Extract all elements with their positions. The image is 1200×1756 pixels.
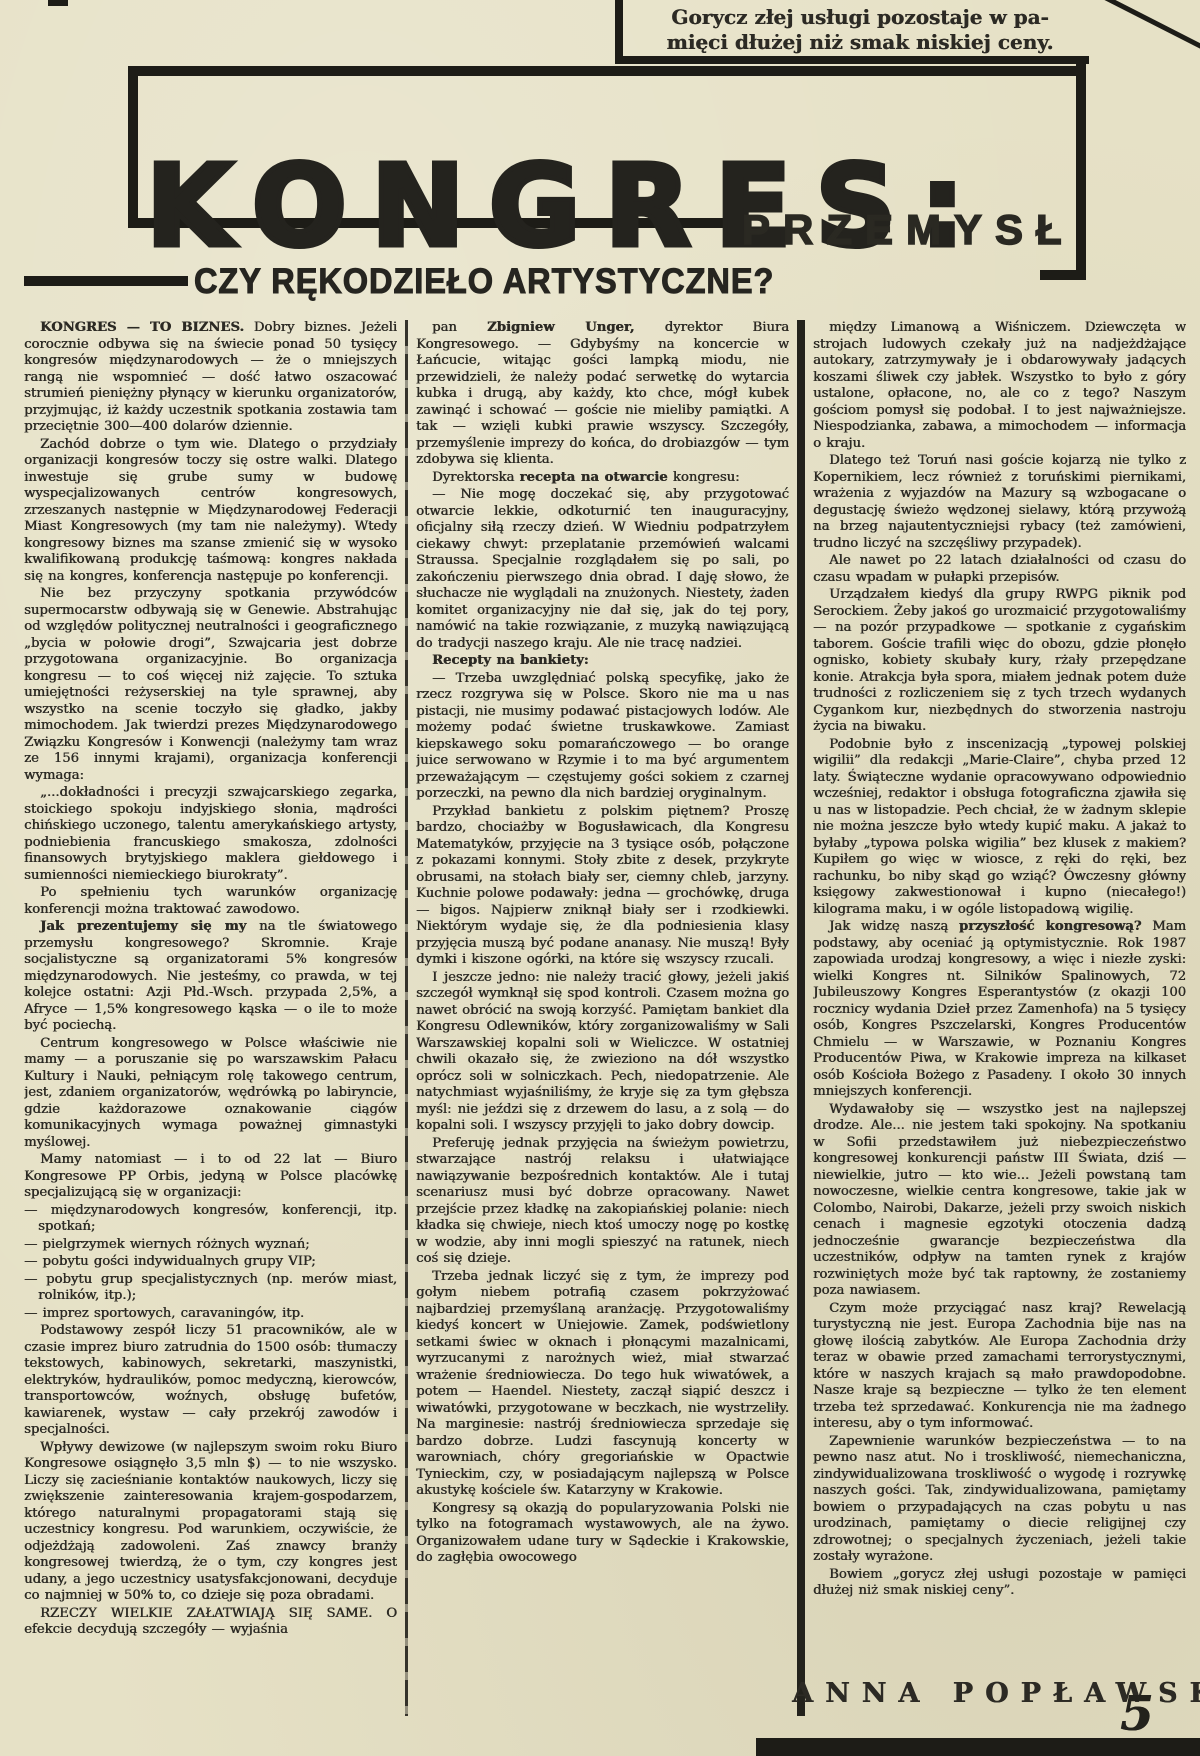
article-column-2: pan Zbigniew Unger, dyrektor Biura Kongr… xyxy=(416,320,789,1716)
paragraph: Czym może przyciągać nasz kraj? Rewelacj… xyxy=(813,1301,1186,1433)
article-column-1: KONGRES — TO BIZNES. Dobry biznes. Jeżel… xyxy=(24,320,397,1716)
paragraph: Podobnie było z inscenizacją „typowej po… xyxy=(813,737,1186,919)
paragraph: Recepty na bankiety: xyxy=(416,653,789,670)
subtitle-left-rule xyxy=(24,276,188,286)
paragraph: — międzynarodowych kongresów, konferencj… xyxy=(24,1203,397,1236)
title-frame-left-rule xyxy=(128,66,138,228)
paragraph: Wydawałoby się — wszystko jest na najlep… xyxy=(813,1102,1186,1300)
paragraph: Dyrektorska recepta na otwarcie kongresu… xyxy=(416,470,789,487)
paragraph: pan Zbigniew Unger, dyrektor Biura Kongr… xyxy=(416,320,789,469)
pull-quote-line2: mięci dłużej niż smak niskiej ceny. xyxy=(637,30,1083,55)
paragraph: Wpływy dewizowe (w najlepszym swoim roku… xyxy=(24,1440,397,1605)
ink-mark-artifact xyxy=(48,0,68,6)
paragraph: Bowiem „gorycz złej usługi pozostaje w p… xyxy=(813,1567,1186,1600)
paragraph: Dlatego też Toruń nasi goście kojarzą ni… xyxy=(813,453,1186,552)
paragraph: Preferuję jednak przyjęcia na świeżym po… xyxy=(416,1136,789,1268)
paragraph: KONGRES — TO BIZNES. Dobry biznes. Jeżel… xyxy=(24,320,397,436)
paragraph: — imprez sportowych, caravaningów, itp. xyxy=(24,1306,397,1323)
paragraph: Nie bez przyczyny spotkania przywódców s… xyxy=(24,586,397,784)
paragraph: Trzeba jednak liczyć się z tym, że impre… xyxy=(416,1269,789,1500)
pull-quote-box: Gorycz złej usługi pozostaje w pa- mięci… xyxy=(615,0,1089,64)
paragraph: Jak widzę naszą przyszłość kongresową? M… xyxy=(813,919,1186,1101)
title-frame-top-rule xyxy=(128,66,1080,76)
paragraph: — pobytu gości indywidualnych grupy VIP; xyxy=(24,1254,397,1271)
subtitle-industry: PRZEMYSŁ xyxy=(742,206,1075,254)
newspaper-page: { "page": { "colors": { "paper": "#e6e1c… xyxy=(0,0,1200,1756)
paragraph: między Limanową a Wiśniczem. Dziewczęta … xyxy=(813,320,1186,452)
paragraph: Zachód dobrze o tym wie. Dlatego o przyd… xyxy=(24,437,397,586)
paragraph: Mamy natomiast — i to od 22 lat — Biuro … xyxy=(24,1152,397,1202)
column-divider-thin xyxy=(405,320,408,1716)
article-column-3: między Limanową a Wiśniczem. Dziewczęta … xyxy=(813,320,1186,1716)
subtitle-question: CZY RĘKODZIEŁO ARTYSTYCZNE? xyxy=(194,262,774,302)
paragraph: Kongresy są okazją do popularyzowania Po… xyxy=(416,1501,789,1567)
paragraph: — pielgrzymek wiernych różnych wyznań; xyxy=(24,1237,397,1254)
paragraph: — Trzeba uwzględniać polską specyfikę, j… xyxy=(416,671,789,803)
paragraph: Zapewnienie warunków bezpieczeństwa — to… xyxy=(813,1434,1186,1566)
paragraph: „...dokładności i precyzji szwajcarskieg… xyxy=(24,785,397,884)
title-frame-right-rule xyxy=(1076,58,1086,280)
paragraph: — pobytu grup specjalistycznych (np. mer… xyxy=(24,1272,397,1305)
page-curl-artifact xyxy=(1086,0,1200,59)
column-divider-thick xyxy=(797,320,805,1716)
paragraph: Jak prezentujemy się my na tle światoweg… xyxy=(24,919,397,1035)
paragraph: I jeszcze jedno: nie należy tracić głowy… xyxy=(416,970,789,1135)
paragraph: Podstawowy zespół liczy 51 pracowników, … xyxy=(24,1323,397,1439)
bottom-rule xyxy=(756,1738,1200,1756)
paragraph: Po spełnieniu tych warunków organizację … xyxy=(24,885,397,918)
paragraph: Przykład bankietu z polskim piętnem? Pro… xyxy=(416,804,789,969)
paragraph: Centrum kongresowego w Polsce właściwie … xyxy=(24,1036,397,1152)
pull-quote-line1: Gorycz złej usługi pozostaje w pa- xyxy=(637,5,1083,30)
title-frame-end-tick xyxy=(1040,270,1086,280)
article-body: KONGRES — TO BIZNES. Dobry biznes. Jeżel… xyxy=(24,320,1186,1716)
page-number: 5 xyxy=(1120,1686,1153,1742)
paragraph: — Nie mogę doczekać się, aby przygotować… xyxy=(416,487,789,652)
paragraph: Ale nawet po 22 latach działalności od c… xyxy=(813,553,1186,586)
paragraph: Urządzałem kiedyś dla grupy RWPG piknik … xyxy=(813,587,1186,736)
paragraph: RZECZY WIELKIE ZAŁATWIAJĄ SIĘ SAME. O ef… xyxy=(24,1606,397,1639)
